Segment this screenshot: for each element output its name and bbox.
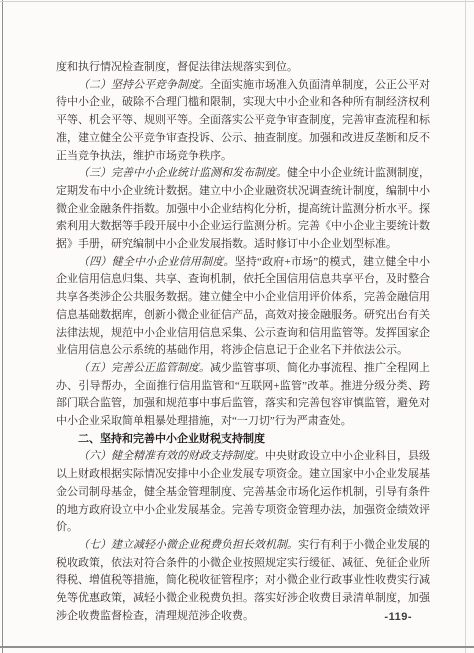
section-heading: 二、坚持和完善中小企业财税支持制度 — [56, 431, 430, 449]
paragraph-item-6-lead: （六）健全精准有效的财政支持制度。 — [78, 450, 265, 462]
paragraph-item-3-lead: （三）完善中小企业统计监测和发布制度。 — [78, 167, 287, 179]
paragraph-item-2-lead: （二）坚持公平竞争制度。 — [78, 79, 210, 91]
paragraph-item-3: （三）完善中小企业统计监测和发布制度。健全中小企业统计监测制度，定期发布中小企业… — [56, 165, 430, 254]
text-block: 度和执行情况检查制度，督促法律法规落实到位。 （二）坚持公平竞争制度。全面实施市… — [56, 59, 430, 626]
paragraph-item-4: （四）健全中小企业信用制度。坚持“政府+市场”的模式，建立健全中小企业信用信息归… — [56, 254, 430, 360]
continuation-paragraph: 度和执行情况检查制度，督促法律法规落实到位。 — [56, 59, 430, 77]
paragraph-item-7-lead: （七）建立减轻小微企业税费负担长效机制。 — [78, 539, 298, 551]
page-number: -119- — [384, 611, 412, 623]
paragraph-item-2: （二）坚持公平竞争制度。全面实施市场准入负面清单制度，公正公平对待中小企业，破除… — [56, 77, 430, 166]
paragraph-item-3-text: 健全中小企业统计监测制度，定期发布中小企业统计数据。建立中小企业融资状况调查统计… — [56, 167, 430, 250]
paragraph-item-5-lead: （五）完善公正监管制度。 — [78, 362, 210, 374]
paragraph-item-6-text: 中央财政设立中小企业科目，县级以上财政根据实际情况安排中小企业发展专项资金。建立… — [56, 450, 430, 533]
paragraph-item-7-text: 实行有利于小微企业发展的税收政策，依法对符合条件的小微企业按照规定实行缓征、减征… — [56, 539, 430, 622]
paragraph-item-5: （五）完善公正监管制度。减少监管事项、简化办事流程、推广全程网上办、引导帮办，全… — [56, 360, 430, 431]
paragraph-item-4-lead: （四）健全中小企业信用制度。 — [78, 256, 235, 268]
paragraph-item-6: （六）健全精准有效的财政支持制度。中央财政设立中小企业科目，县级以上财政根据实际… — [56, 448, 430, 537]
page-edge-top — [0, 1, 474, 2]
paragraph-item-2-text: 全面实施市场准入负面清单制度，公正公平对待中小企业，破除不合理门槛和限制，实现大… — [56, 79, 430, 162]
page-edge-left — [2, 0, 3, 653]
page-edge-bottom — [0, 646, 474, 648]
paragraph-item-7: （七）建立减轻小微企业税费负担长效机制。实行有利于小微企业发展的税收政策，依法对… — [56, 537, 430, 626]
document-page: 度和执行情况检查制度，督促法律法规落实到位。 （二）坚持公平竞争制度。全面实施市… — [0, 0, 474, 653]
page-edge-right — [465, 0, 466, 653]
paragraph-item-4-text: 坚持“政府+市场”的模式，建立健全中小企业信用信息归集、共享、查询机制，依托全国… — [56, 256, 430, 357]
